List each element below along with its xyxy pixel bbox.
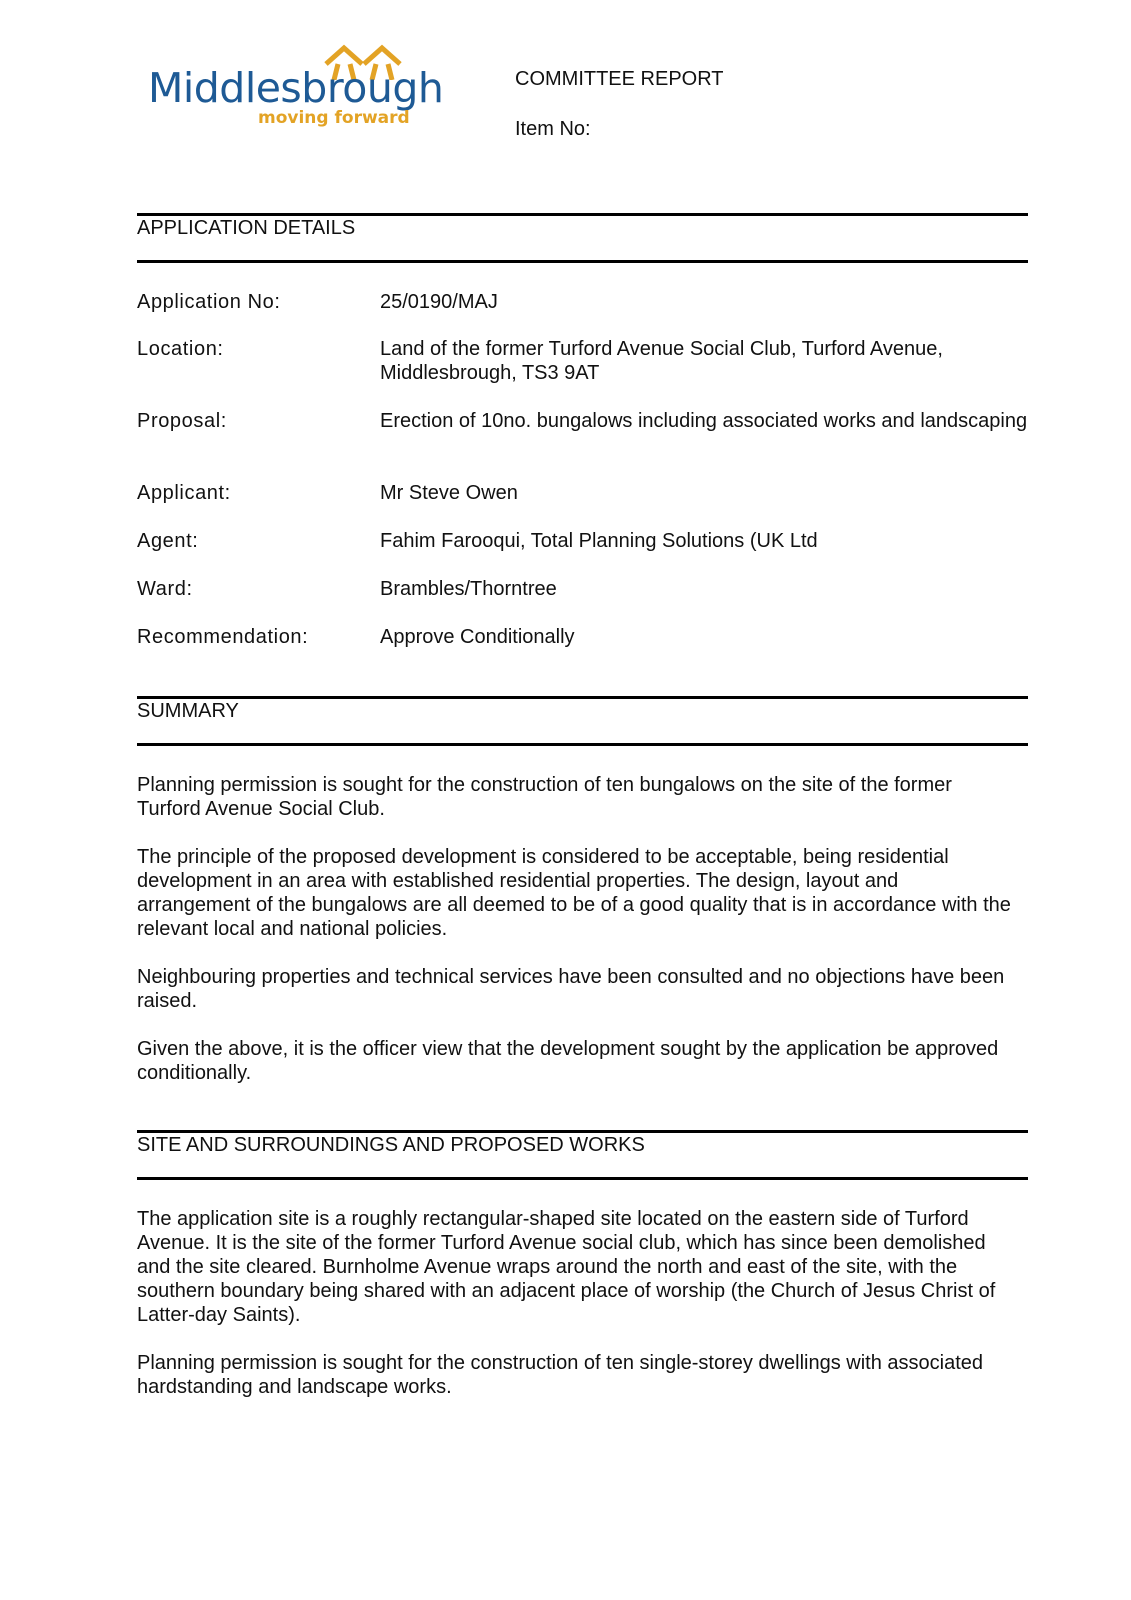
section-rule [137,260,1028,263]
summary-paragraph: Given the above, it is the officer view … [137,1037,1017,1085]
council-logo: Middlesbrough moving forward [148,44,468,134]
report-title: COMMITTEE REPORT [515,68,724,91]
section-rule [137,213,1028,216]
field-value: Land of the former Turford Avenue Social… [380,337,1028,385]
field-label: Applicant: [137,481,231,505]
section-rule [137,1130,1028,1133]
field-value: Brambles/Thorntree [380,577,1028,601]
summary-paragraph: The principle of the proposed developmen… [137,845,1017,941]
summary-paragraph: Neighbouring properties and technical se… [137,965,1017,1013]
section-rule [137,743,1028,746]
field-label: Location: [137,337,224,361]
site-paragraph: The application site is a roughly rectan… [137,1207,1017,1327]
site-paragraph: Planning permission is sought for the co… [137,1351,1017,1399]
item-no-label: Item No: [515,118,591,141]
logo-wordmark: Middlesbrough [148,68,443,109]
section-rule [137,1177,1028,1180]
application-details-heading: APPLICATION DETAILS [137,217,355,240]
field-label: Proposal: [137,409,227,433]
field-value: Mr Steve Owen [380,481,1028,505]
summary-heading: SUMMARY [137,700,239,723]
field-label: Application No: [137,290,281,314]
field-value: Erection of 10no. bungalows including as… [380,409,1028,433]
field-value: Approve Conditionally [380,625,1028,649]
site-heading: SITE AND SURROUNDINGS AND PROPOSED WORKS [137,1134,645,1157]
field-label: Ward: [137,577,193,601]
summary-paragraph: Planning permission is sought for the co… [137,773,1017,821]
field-label: Agent: [137,529,198,553]
field-label: Recommendation: [137,625,308,649]
field-value: 25/0190/MAJ [380,290,1028,314]
logo-tagline: moving forward [258,110,410,127]
field-value: Fahim Farooqui, Total Planning Solutions… [380,529,1028,553]
section-rule [137,696,1028,699]
